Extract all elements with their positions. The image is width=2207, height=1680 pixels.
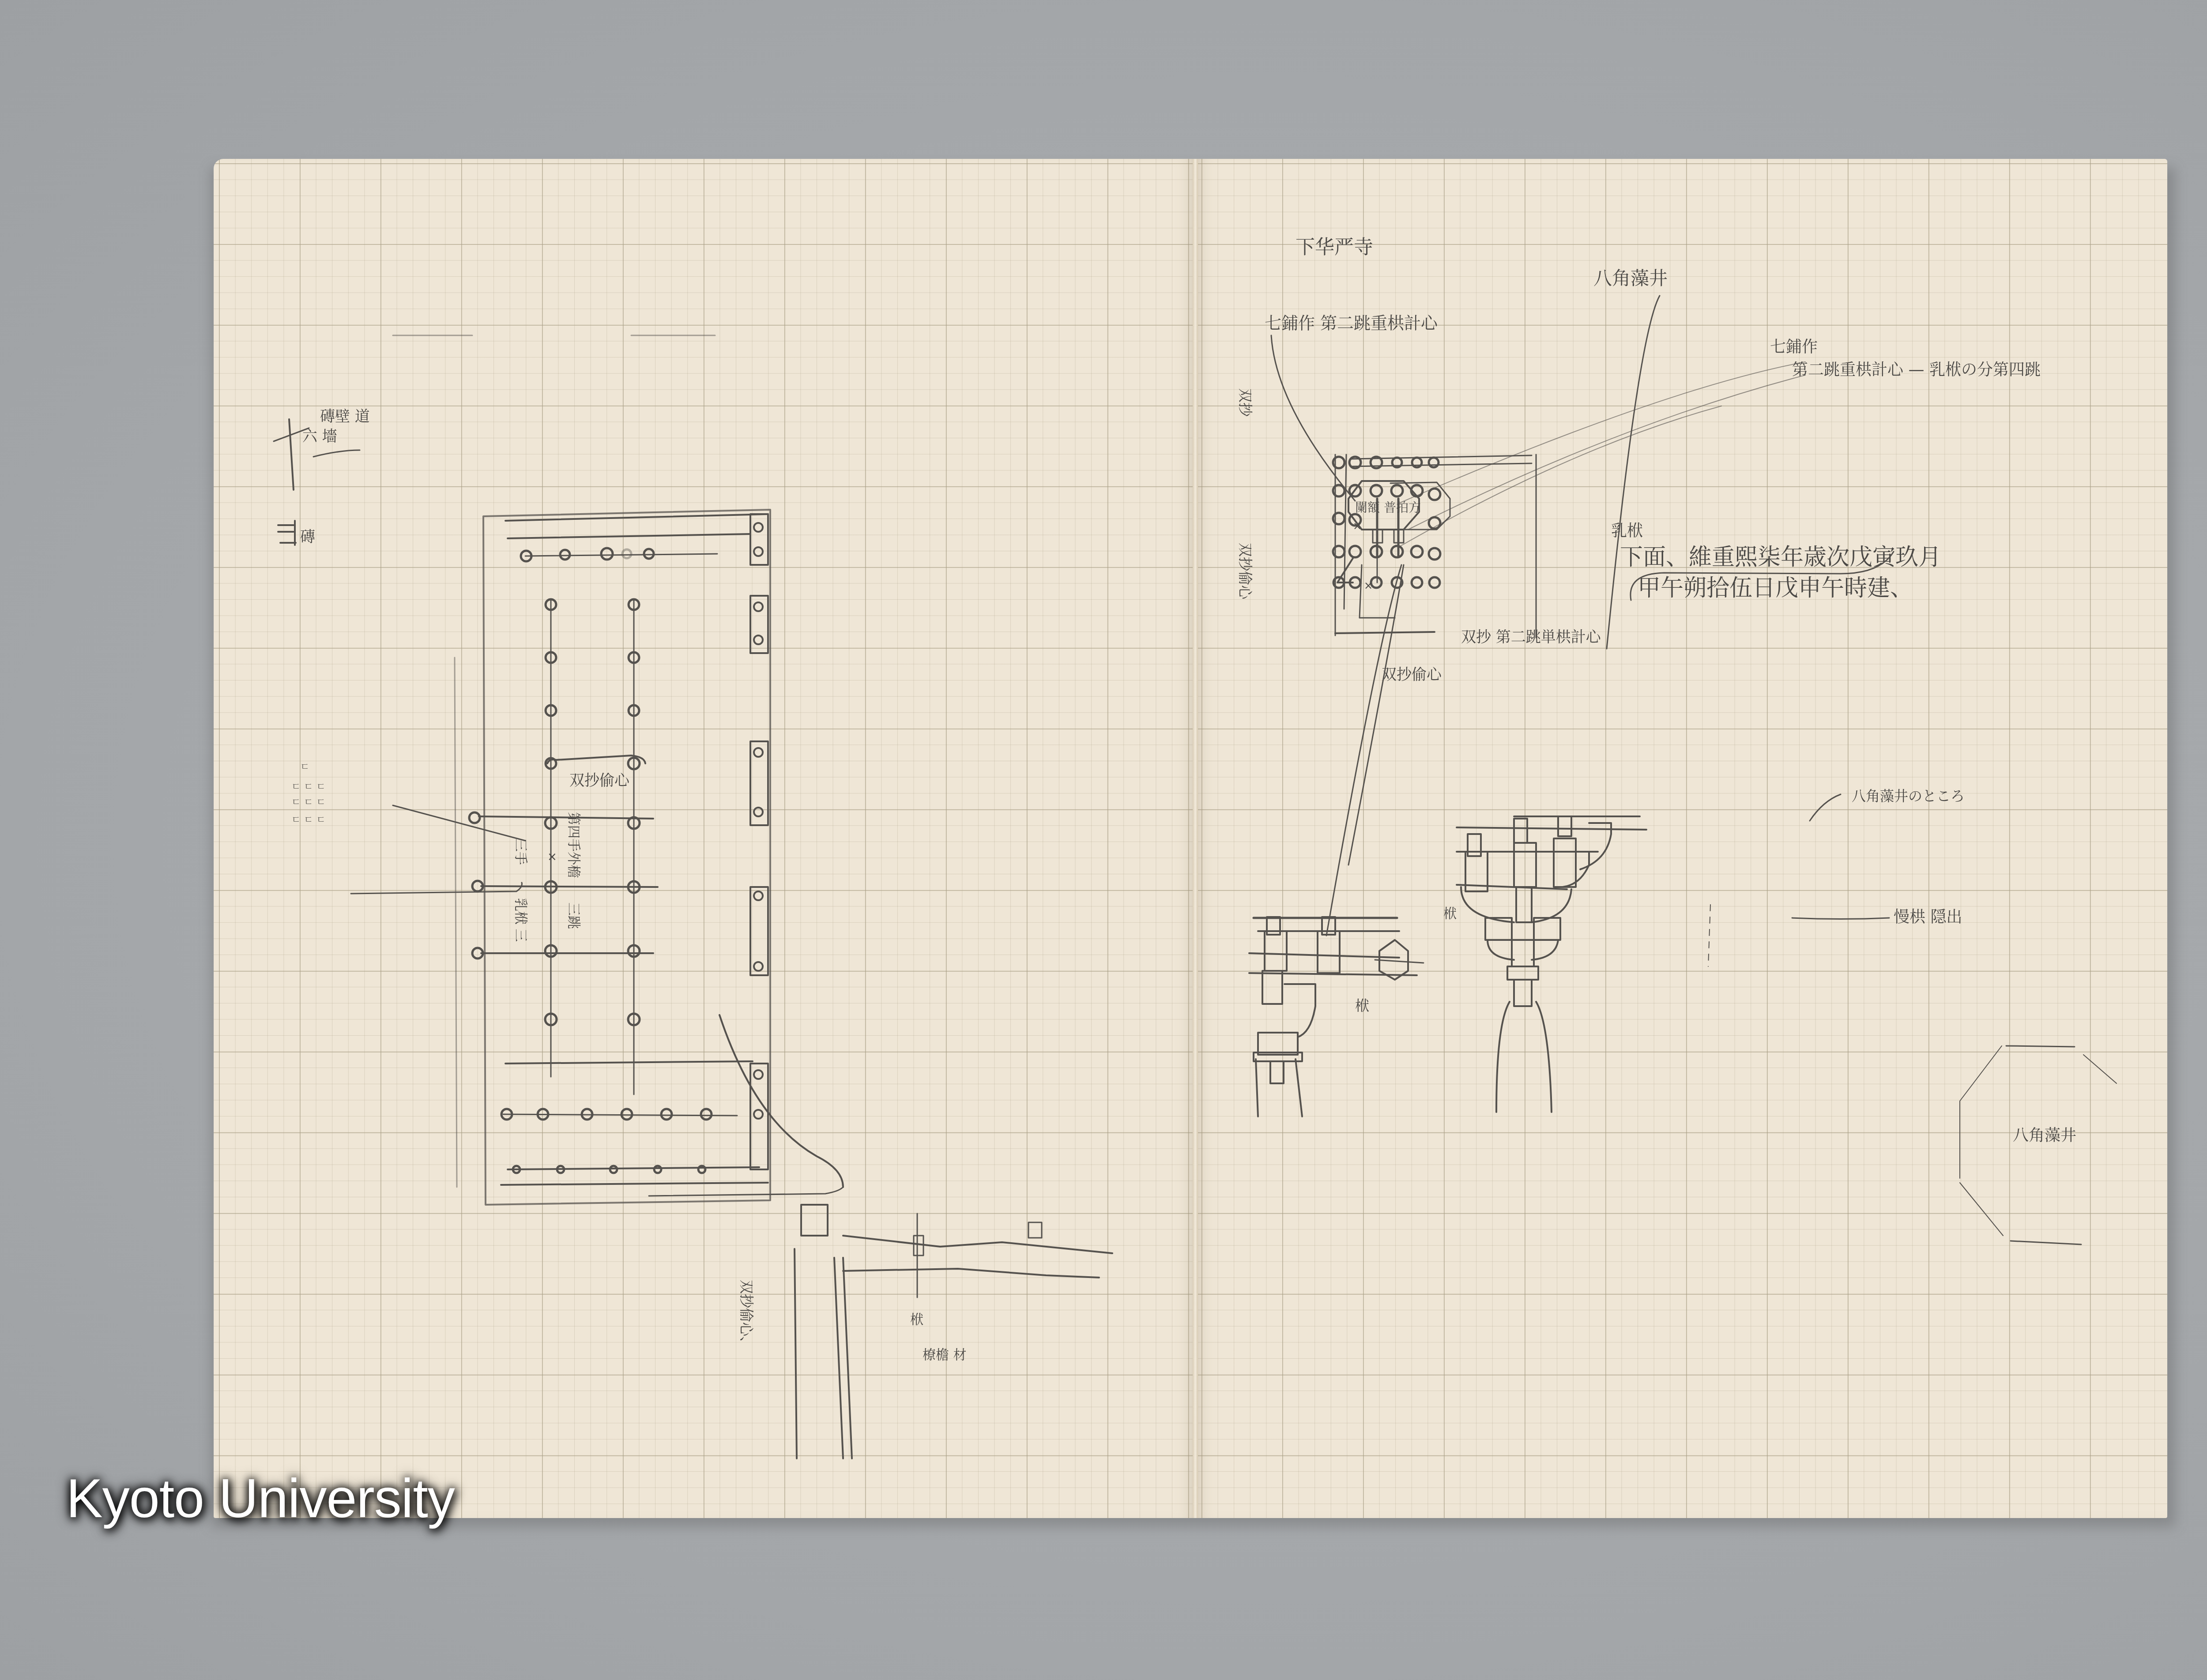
open-notebook: 磚壁 道 六 墻 磚 ㄷ ㄷ ㄷ ㄷ ㄷ ㄷ ㄷ ㄷ ㄷ ㄷ xyxy=(207,159,2167,1518)
pencil-sketches: 磚壁 道 六 墻 磚 ㄷ ㄷ ㄷ ㄷ ㄷ ㄷ ㄷ ㄷ ㄷ ㄷ xyxy=(207,159,2167,1518)
section-note-1: 栿 xyxy=(910,1312,923,1327)
vertical-note-4: 三跳 xyxy=(566,902,581,929)
vertical-note-1: 第四手 xyxy=(566,812,581,852)
section-top-label: 八角藻井のところ xyxy=(1852,788,1965,804)
kyoto-university-watermark: Kyoto University xyxy=(66,1467,455,1530)
vertical-note-3: 乳栿 三 xyxy=(513,898,528,942)
plan-label-lan-e: 闌額 普拍方 xyxy=(1355,500,1421,515)
right-page-drawings: 下华严寺 八角藻井 七鋪作 第二跳重栱計心 七鋪作 第二跳重栱計心 — 乳栿の分… xyxy=(1237,236,2117,1244)
section-side-label: 慢栱 隠出 xyxy=(1894,908,1962,926)
double-bracket-note-2: 双抄偷心 xyxy=(1382,666,1442,684)
svg-text:ㄷ ㄷ ㄷ: ㄷ ㄷ ㄷ xyxy=(291,797,326,808)
svg-text:ㄷ: ㄷ xyxy=(300,762,309,773)
bracket-elevation-large: 栿 xyxy=(1443,816,1646,1112)
wall-note-bottom: 磚 xyxy=(300,528,315,546)
bracket-elevation-small: 栿 xyxy=(1249,917,1424,1116)
inscription-line-2: 甲午朔拾伍日戊申午時建、 xyxy=(1638,575,1913,601)
bracket-note-left: 七鋪作 第二跳重栱計心 xyxy=(1265,313,1439,333)
bracket-note-right-1: 七鋪作 xyxy=(1770,338,1818,356)
svg-text:ㄷ ㄷ ㄷ: ㄷ ㄷ ㄷ xyxy=(291,782,326,793)
beam-label-rufu: 乳栿 xyxy=(1611,522,1643,540)
left-page-drawings: 磚壁 道 六 墻 磚 ㄷ ㄷ ㄷ ㄷ ㄷ ㄷ ㄷ ㄷ ㄷ ㄷ xyxy=(274,335,1112,1458)
octagon-ceiling-outline: 八角藻井 xyxy=(1960,1046,2117,1244)
section-beam-label-1: 栿 xyxy=(1443,906,1457,921)
wall-note-top: 磚壁 道 xyxy=(320,408,370,425)
right-page-heading: 下华严寺 xyxy=(1296,236,1373,259)
left-margin-shuangchao-touxin: 双抄偷心 xyxy=(1237,543,1254,600)
octagon-ceiling-top-label: 八角藻井 xyxy=(1593,267,1668,289)
section-note-2: 橑檐 材 xyxy=(923,1347,967,1363)
svg-text:×: × xyxy=(1353,520,1362,532)
octagon-ceiling-center-label: 八角藻井 xyxy=(2013,1127,2076,1145)
wall-note-top2: 六 墻 xyxy=(302,428,337,445)
double-bracket-note: 双抄 第二跳単栱計心 xyxy=(1461,628,1602,646)
bracket-label-shuangchao: 双抄偷心 xyxy=(569,772,630,789)
left-margin-shuangchao: 双抄 xyxy=(1237,388,1254,417)
section-beam-label-2: 栿 xyxy=(1355,997,1369,1014)
side-label-sanshou: 三手 xyxy=(513,838,528,865)
x-mark: × xyxy=(547,850,557,864)
section-label-shuangchao: 双抄偷心、 xyxy=(738,1280,755,1350)
svg-text:×: × xyxy=(1364,579,1373,592)
svg-text:ㄷ ㄷ ㄷ: ㄷ ㄷ ㄷ xyxy=(291,815,326,826)
bracket-note-right-2: 第二跳重栱計心 — 乳栿の分第四跳 xyxy=(1792,361,2041,379)
vertical-note-2: 外檐 xyxy=(566,852,581,878)
inscription-line-1: 下面、維重熙柒年歳次戊寅玖月 xyxy=(1620,544,1941,571)
